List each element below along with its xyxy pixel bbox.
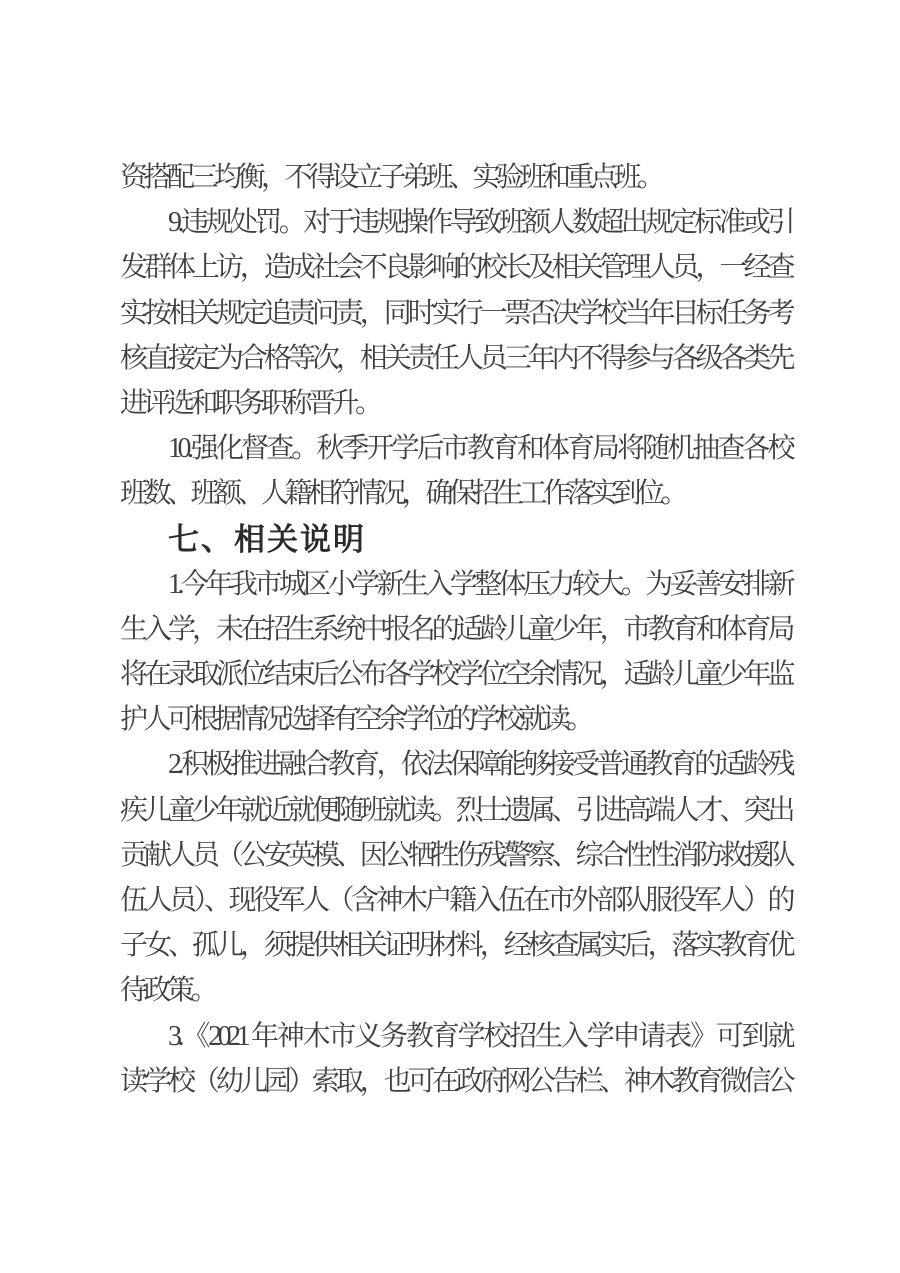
text-line: 实按相关规定追责问责，同时实行一票否决学校当年目标任务考: [120, 291, 791, 336]
text-line: 伍人员）、现役军人（含神木户籍入伍在市外部队服役军人）的: [120, 878, 791, 923]
text-line: 班数、班额、人籍相符情况，确保招生工作落实到位。: [120, 471, 791, 516]
text-line: 疾儿童少年就近就便随班就读。烈士遗属、引进高端人才、突出: [120, 788, 791, 833]
text-line: 贡献人员（公安英模、因公牺牲伤残警察、综合性性消防救援队: [120, 833, 791, 878]
text-line: 将在录取派位结束后公布各学校学位空余情况，适龄儿童少年监: [120, 652, 791, 697]
text-line: 护人可根据情况选择有空余学位的学校就读。: [120, 697, 791, 742]
text-line: 发群体上访，造成社会不良影响的校长及相关管理人员，一经查: [120, 245, 791, 290]
text-line: 资搭配三均衡，不得设立子弟班、实验班和重点班。: [120, 155, 791, 200]
text-line: 读学校（幼儿园）索取，也可在政府网公告栏、神木教育微信公: [120, 1059, 791, 1104]
section-heading: 七、相关说明: [120, 517, 791, 562]
text-line: 生入学，未在招生系统中报名的适龄儿童少年，市教育和体育局: [120, 607, 791, 652]
text-line: 待政策。: [120, 968, 791, 1013]
text-line: 3.《2021 年神木市义务教育学校招生入学申请表》可到就: [120, 1014, 791, 1059]
text-line: 核直接定为合格等次，相关责任人员三年内不得参与各级各类先: [120, 336, 791, 381]
text-line: 子女、孤儿，须提供相关证明材料，经核查属实后，落实教育优: [120, 923, 791, 968]
text-line: 2.积极推进融合教育，依法保障能够接受普通教育的适龄残: [120, 742, 791, 787]
text-line: 1.今年我市城区小学新生入学整体压力较大。为妥善安排新: [120, 562, 791, 607]
text-line: 进评选和职务职称晋升。: [120, 381, 791, 426]
text-line: 10.强化督查。秋季开学后市教育和体育局将随机抽查各校: [120, 426, 791, 471]
text-line: 9.违规处罚。对于违规操作导致班额人数超出规定标准或引: [120, 200, 791, 245]
document-page: 资搭配三均衡，不得设立子弟班、实验班和重点班。9.违规处罚。对于违规操作导致班额…: [0, 0, 900, 1273]
document-text-block: 资搭配三均衡，不得设立子弟班、实验班和重点班。9.违规处罚。对于违规操作导致班额…: [120, 155, 791, 1104]
